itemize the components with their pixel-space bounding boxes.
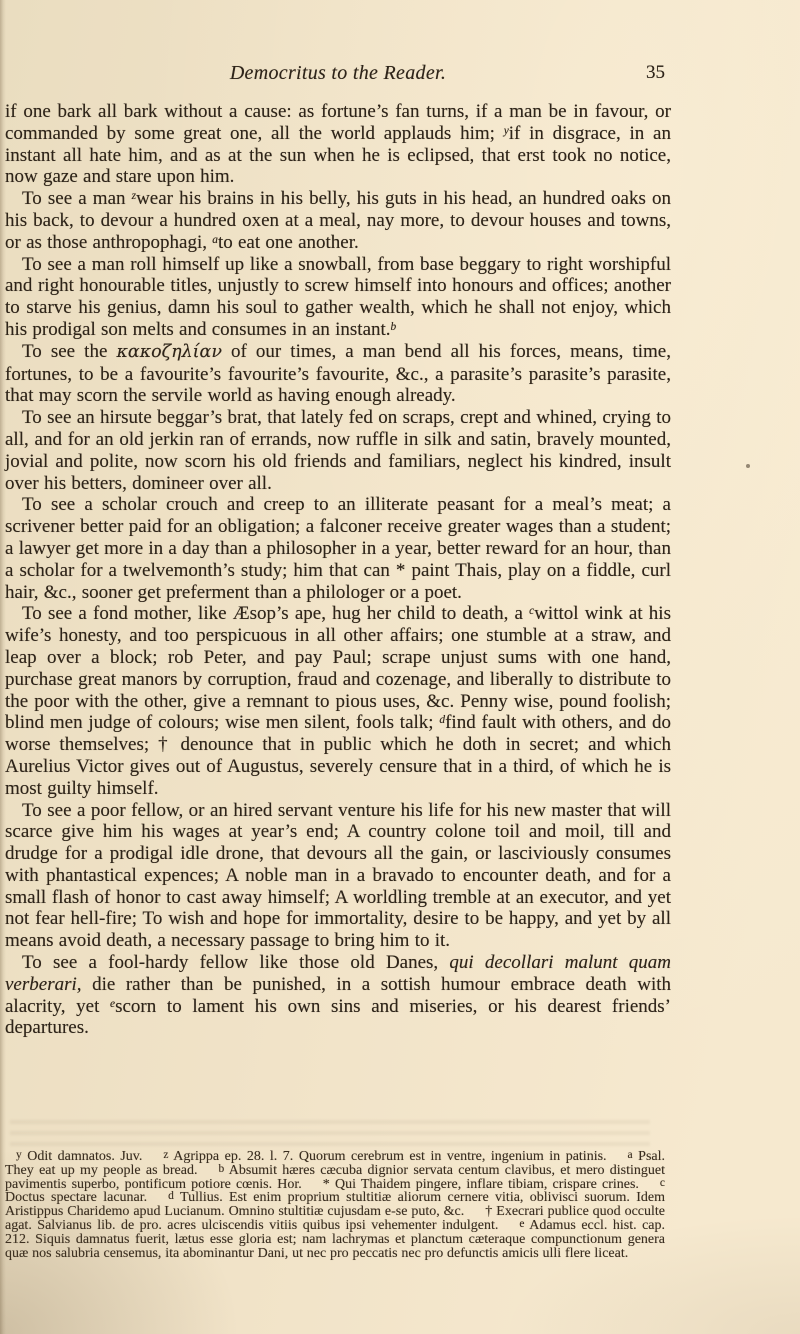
footnote-entry: Agrippa ep. 28. l. 7. Quorum cerebrum es…: [168, 1149, 606, 1164]
footnote-marker: c: [660, 1177, 665, 1189]
footnote-entry: Odit damnatos. Juv.: [22, 1149, 143, 1164]
text-segment: To see a man: [22, 188, 132, 209]
paragraph: To see the κακοζηλίαν of our times, a ma…: [5, 341, 671, 407]
footnotes: y Odit damnatos. Juv. z Agrippa ep. 28. …: [5, 1150, 665, 1260]
text-segment: To see a scholar crouch and creep to an …: [5, 494, 671, 602]
footnotes-text: y Odit damnatos. Juv. z Agrippa ep. 28. …: [5, 1150, 665, 1260]
text-segment: to eat one another.: [218, 232, 359, 253]
show-through-texture: [10, 1120, 650, 1150]
body-paragraphs: if one bark all bark without a cause: as…: [5, 101, 671, 1039]
ink-speck: [746, 464, 750, 468]
paragraph: if one bark all bark without a cause: as…: [5, 101, 671, 188]
text-segment: To see a fond mother, like Æsop’s ape, h…: [22, 603, 529, 624]
paragraph: To see a scholar crouch and creep to an …: [5, 494, 671, 603]
running-head: Democritus to the Reader. 35: [5, 62, 671, 88]
text-segment: To see a man roll himself up like a snow…: [5, 254, 671, 340]
paragraph: To see a fond mother, like Æsop’s ape, h…: [5, 603, 671, 799]
paragraph: To see a fool-hardy fellow like those ol…: [5, 952, 671, 1039]
text-segment-greek: κακοζηλίαν: [116, 342, 222, 362]
text-segment: To see an hirsute beggar’s brat, that la…: [5, 407, 671, 493]
text-segment: To see the: [22, 341, 116, 362]
text-segment: To see a poor fellow, or an hired servan…: [5, 800, 671, 952]
running-title: Democritus to the Reader.: [5, 62, 671, 85]
footnote-entry: Doctus spectare lacunar.: [5, 1190, 147, 1205]
paragraph: To see a man zwear his brains in his bel…: [5, 188, 671, 253]
paragraph: To see a poor fellow, or an hired servan…: [5, 800, 671, 953]
paragraph: To see an hirsute beggar’s brat, that la…: [5, 407, 671, 494]
page-number: 35: [646, 62, 665, 84]
book-page: { "colors": { "paper": "#f1e3c8", "ink":…: [0, 0, 800, 1334]
text-segment: To see a fool-hardy fellow like those ol…: [22, 952, 449, 973]
text-segment-sup: b: [391, 321, 397, 333]
paragraph: To see a man roll himself up like a snow…: [5, 254, 671, 341]
